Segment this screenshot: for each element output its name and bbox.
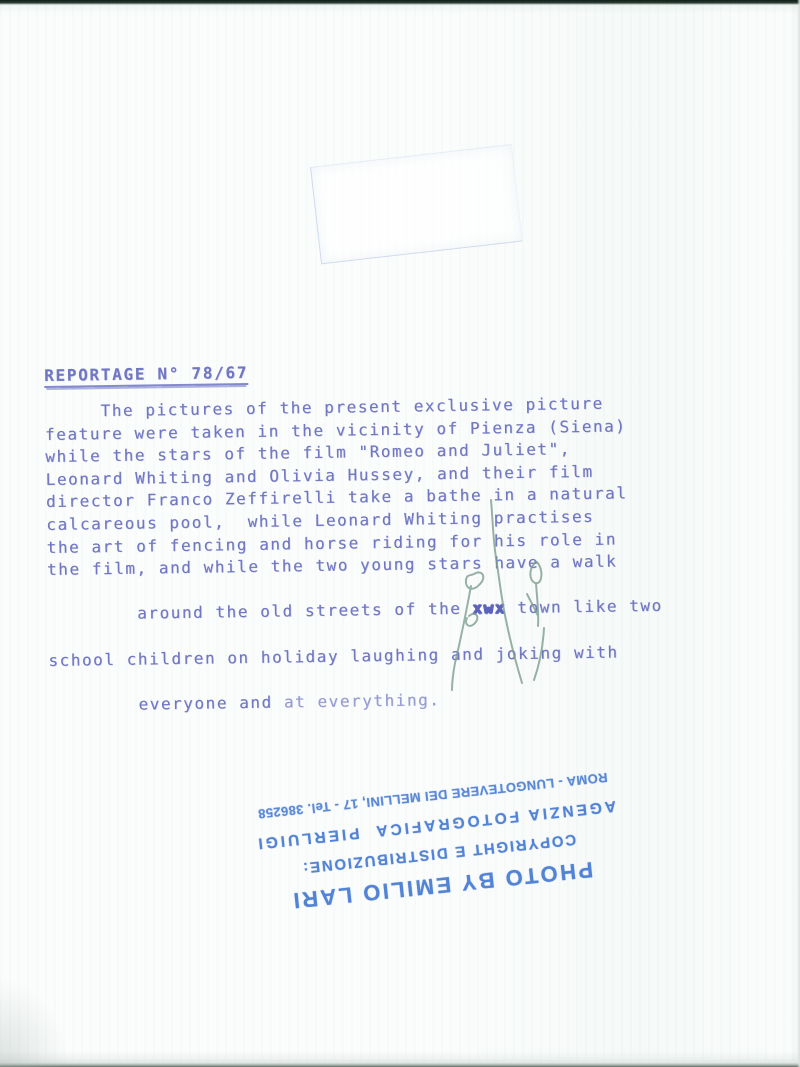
typed-text: everyone and: [138, 692, 284, 713]
pen-scribble-strokes: [452, 500, 544, 690]
sticker-outline: [310, 144, 523, 264]
pen-scribble: [440, 478, 580, 710]
typed-caption-body: The pictures of the present exclusive pi…: [45, 392, 690, 740]
agency-stamp: PHOTO BY EMILIO LARI COPYRIGHT E DISTRIB…: [240, 762, 635, 922]
paper-edge-top: [0, 0, 800, 5]
typed-line: everyone and at everything.: [49, 663, 690, 740]
photo-back-paper: REPORTAGE N° 78/67 The pictures of the p…: [0, 0, 800, 1067]
typed-text-faded: at everything.: [284, 690, 441, 711]
reportage-header: REPORTAGE N° 78/67: [44, 363, 248, 388]
typed-text: around the old streets of the: [137, 599, 473, 623]
typed-caption-block: REPORTAGE N° 78/67 The pictures of the p…: [44, 357, 689, 740]
paper-edge-bottom: [0, 1059, 800, 1067]
typed-line-with-correction: around the old streets of the xwx town l…: [47, 572, 688, 649]
paper-corner-smudge: [0, 977, 70, 1067]
